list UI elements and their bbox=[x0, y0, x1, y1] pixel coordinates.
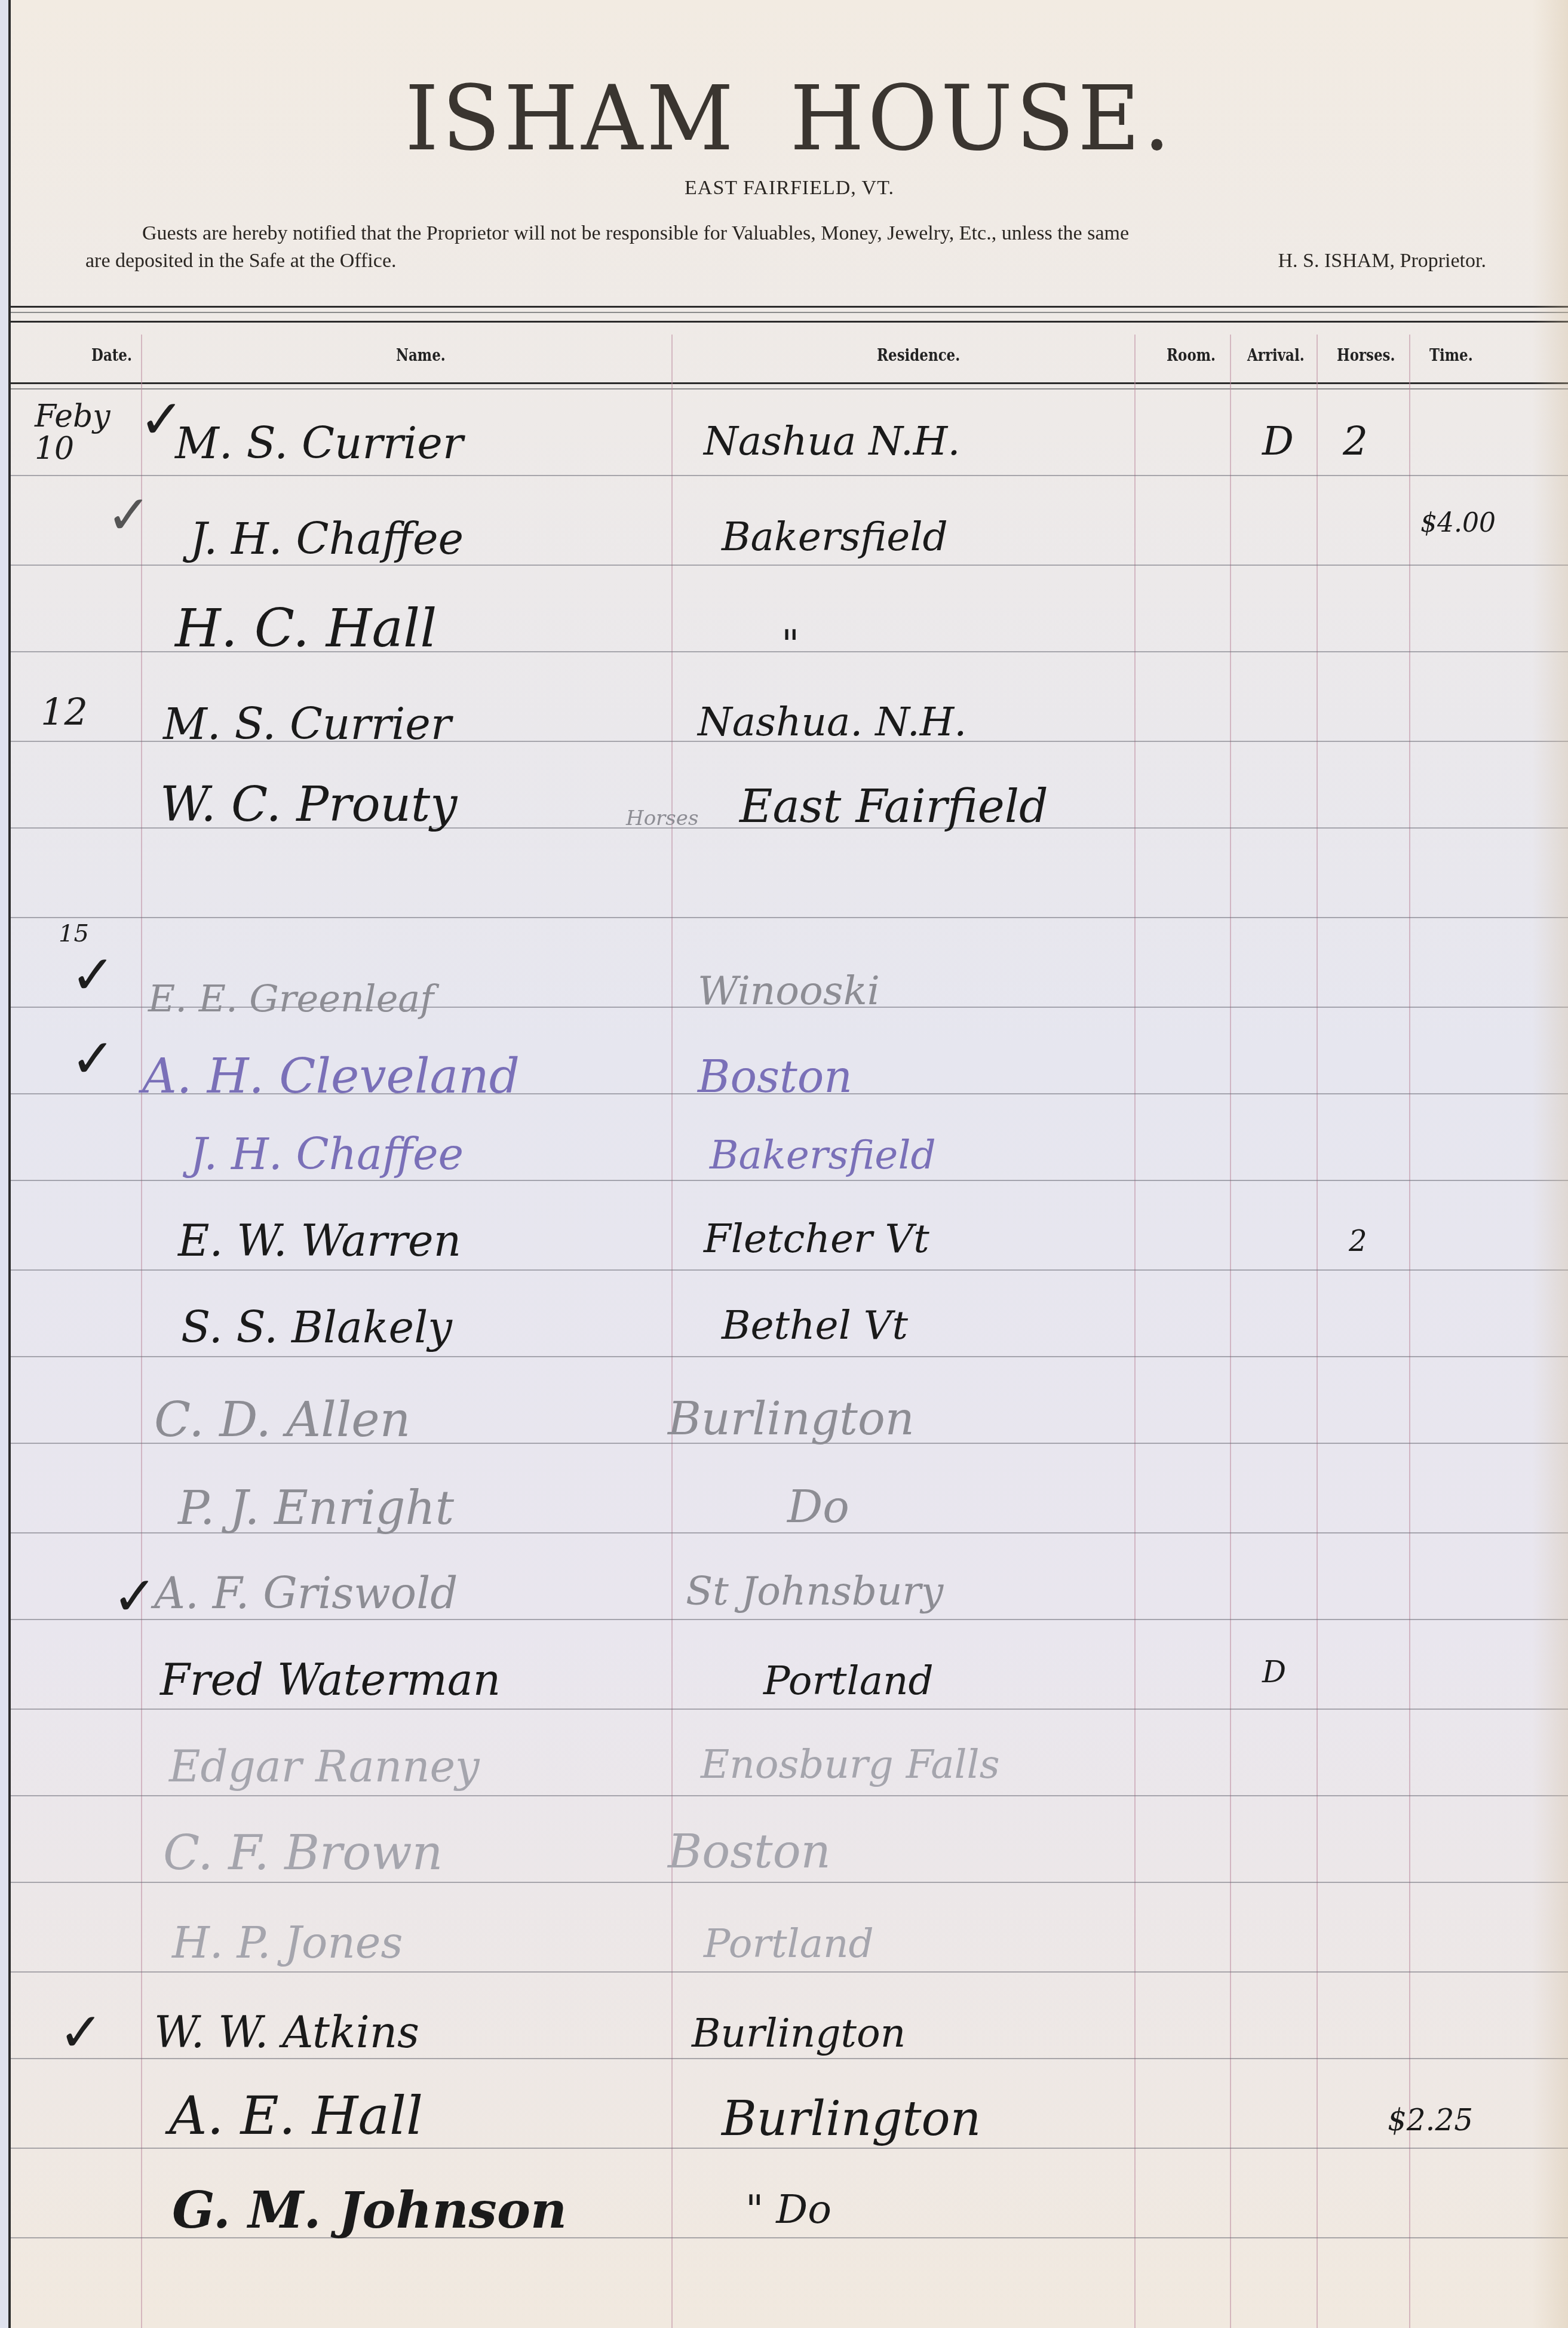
ruled-line bbox=[11, 1619, 1568, 1620]
guest-name: C. F. Brown bbox=[163, 1825, 443, 1881]
ruled-line bbox=[11, 1180, 1568, 1181]
column-header-date: Date. bbox=[91, 346, 132, 365]
ruled-line bbox=[11, 565, 1568, 566]
column-header-residence: Residence. bbox=[877, 346, 960, 365]
guest-residence: Boston bbox=[668, 1825, 831, 1879]
guest-residence: Winooski bbox=[698, 968, 880, 1014]
guest-name: M. S. Currier bbox=[175, 418, 463, 468]
hotel-title: ISHAM HOUSE. bbox=[50, 67, 1529, 171]
guest-name: A. H. Cleveland bbox=[142, 1048, 520, 1104]
time-cell: $2.25 bbox=[1388, 2103, 1473, 2137]
check-mark-icon: ✓ bbox=[70, 944, 115, 1007]
ruled-line bbox=[11, 475, 1568, 476]
column-divider-room bbox=[1230, 335, 1231, 2328]
check-mark-icon: ✓ bbox=[112, 1565, 157, 1628]
guest-residence: Burlington bbox=[722, 2091, 981, 2146]
time-cell: $4.00 bbox=[1420, 508, 1496, 538]
ruled-line bbox=[11, 1709, 1568, 1710]
guest-name: C. D. Allen bbox=[154, 1392, 410, 1447]
column-header-time: Time. bbox=[1429, 346, 1473, 365]
ruled-line bbox=[11, 1356, 1568, 1357]
column-divider-residence bbox=[1134, 335, 1136, 2328]
guest-name: E. E. Greenleaf bbox=[148, 977, 434, 1020]
guest-name: W. W. Atkins bbox=[154, 2007, 419, 2057]
guest-residence: East Fairfield bbox=[739, 780, 1048, 833]
guest-residence: Portland bbox=[763, 1658, 934, 1704]
guest-name: H. P. Jones bbox=[172, 1918, 403, 1968]
notice-line-2-row: are deposited in the Safe at the Office.… bbox=[85, 247, 1525, 275]
date-cell: 12 bbox=[41, 690, 88, 734]
column-divider-arrival bbox=[1317, 335, 1318, 2328]
ruled-line bbox=[11, 1269, 1568, 1271]
guest-residence: Portland bbox=[704, 1921, 874, 1967]
guest-residence: Burlington bbox=[692, 2010, 906, 2056]
ruled-line bbox=[11, 1882, 1568, 1883]
column-divider-name bbox=[671, 335, 673, 2328]
guest-residence: Fletcher Vt bbox=[704, 1216, 929, 1262]
guest-name: A. E. Hall bbox=[169, 2085, 423, 2146]
guest-residence: Bethel Vt bbox=[722, 1302, 908, 1348]
ruled-line bbox=[11, 1971, 1568, 1973]
guest-name: Edgar Ranney bbox=[169, 1741, 480, 1792]
column-header-name: Name. bbox=[396, 346, 446, 365]
guest-residence: Bakersfield bbox=[722, 514, 948, 560]
guest-residence: Bakersfield bbox=[710, 1132, 936, 1178]
guest-name: J. H. Chaffee bbox=[190, 514, 464, 564]
header-top-rule bbox=[11, 306, 1568, 323]
ruled-line bbox=[11, 2148, 1568, 2149]
horses-cell: 2 bbox=[1349, 1225, 1367, 1258]
liability-notice: Guests are hereby notified that the Prop… bbox=[85, 220, 1525, 275]
guest-name: H. C. Hall bbox=[175, 597, 437, 659]
date-cell: Feby 10 bbox=[35, 400, 106, 465]
guest-residence: St Johnsbury bbox=[686, 1568, 943, 1614]
check-mark-icon: ✓ bbox=[70, 1027, 115, 1090]
guest-name: E. W. Warren bbox=[178, 1216, 461, 1266]
guest-name: P. J. Enright bbox=[178, 1482, 454, 1535]
notice-line-1: Guests are hereby notified that the Prop… bbox=[85, 220, 1525, 247]
guest-name: W. C. Prouty bbox=[160, 777, 457, 832]
guest-annotation: Horses bbox=[626, 806, 698, 830]
column-header-arrival: Arrival. bbox=[1247, 346, 1305, 365]
register-page: ISHAM HOUSE. EAST FAIRFIELD, VT. Guests … bbox=[8, 0, 1568, 2328]
ruled-line bbox=[11, 2058, 1568, 2059]
column-divider-date bbox=[141, 335, 142, 2328]
guest-name: M. S. Currier bbox=[163, 699, 451, 749]
guest-residence: Burlington bbox=[668, 1392, 915, 1445]
guest-residence: Do bbox=[787, 1482, 849, 1533]
ruled-line bbox=[11, 1795, 1568, 1796]
guest-residence: Enosburg Falls bbox=[701, 1741, 1000, 1787]
guest-residence: Nashua N.H. bbox=[704, 418, 960, 464]
check-mark-icon: ✓ bbox=[59, 2001, 103, 2064]
guest-residence: Boston bbox=[698, 1051, 852, 1103]
guest-residence: " bbox=[781, 621, 799, 667]
guest-residence: Nashua. N.H. bbox=[698, 699, 966, 745]
arrival-cell: D bbox=[1262, 418, 1294, 464]
guest-name: J. H. Chaffee bbox=[190, 1129, 464, 1179]
guest-name: G. M. Johnson bbox=[172, 2180, 567, 2240]
guest-name: Fred Waterman bbox=[160, 1655, 501, 1705]
guest-name: A. F. Griswold bbox=[154, 1568, 458, 1618]
column-header-room: Room. bbox=[1167, 346, 1216, 365]
guest-residence: " Do bbox=[745, 2186, 831, 2232]
arrival-cell: D bbox=[1262, 1655, 1286, 1689]
column-header-row: Date. Name. Residence. Room. Arrival. Ho… bbox=[11, 323, 1568, 388]
ruled-line bbox=[11, 917, 1568, 918]
guest-name: S. S. Blakely bbox=[181, 1302, 452, 1352]
column-divider-horses bbox=[1409, 335, 1410, 2328]
notice-line-2: are deposited in the Safe at the Office. bbox=[85, 247, 397, 275]
proprietor-signature: H. S. ISHAM, Proprietor. bbox=[1278, 247, 1525, 275]
horses-cell: 2 bbox=[1343, 418, 1368, 464]
check-mark-icon: ✓ bbox=[106, 484, 151, 547]
column-header-horses: Horses. bbox=[1337, 346, 1395, 365]
hotel-location: EAST FAIRFIELD, VT. bbox=[11, 177, 1568, 200]
